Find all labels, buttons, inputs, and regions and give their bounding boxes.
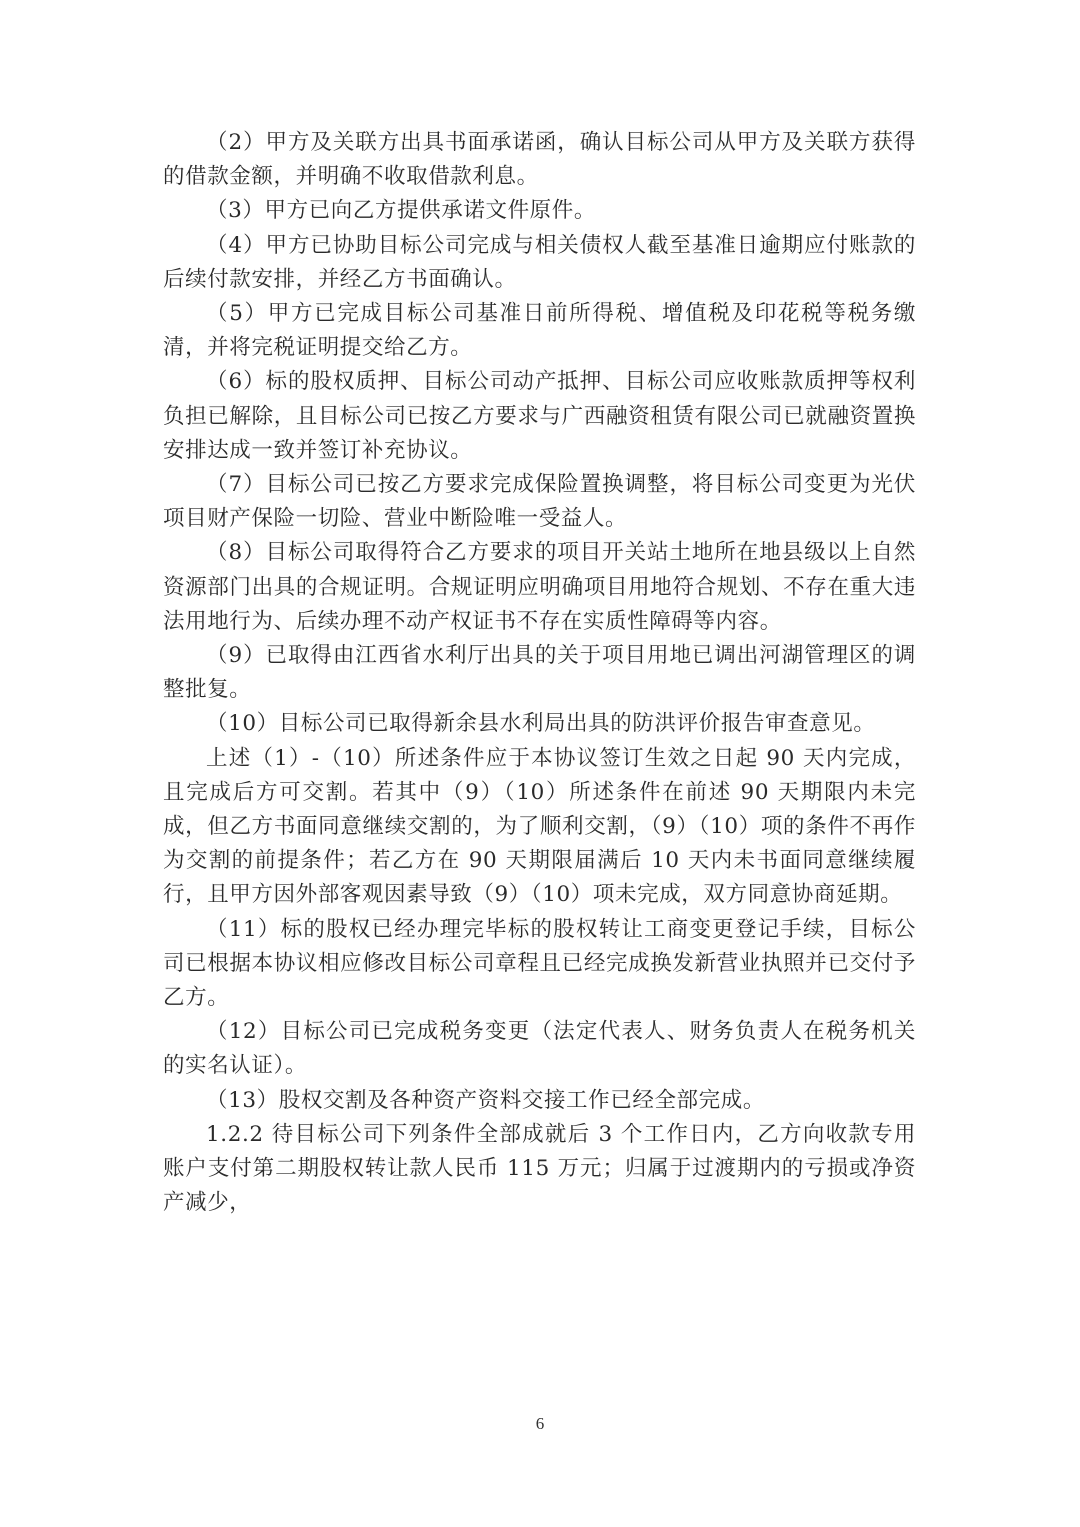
conditions-summary-paragraph: 上述（1）-（10）所述条件应于本协议签订生效之日起 90 天内完成，且完成后方…	[163, 742, 916, 913]
document-page: （2）甲方及关联方出具书面承诺函，确认目标公司从甲方及关联方获得的借款金额，并明…	[0, 0, 1080, 1527]
document-body: （2）甲方及关联方出具书面承诺函，确认目标公司从甲方及关联方获得的借款金额，并明…	[163, 126, 916, 1221]
condition-item-6: （6）标的股权质押、目标公司动产抵押、目标公司应收账款质押等权利负担已解除，且目…	[163, 365, 916, 468]
condition-item-8: （8）目标公司取得符合乙方要求的项目开关站土地所在地县级以上自然资源部门出具的合…	[163, 536, 916, 639]
condition-item-13: （13）股权交割及各种资产资料交接工作已经全部完成。	[163, 1084, 916, 1118]
condition-item-4: （4）甲方已协助目标公司完成与相关债权人截至基准日逾期应付账款的后续付款安排，并…	[163, 229, 916, 297]
condition-item-9: （9）已取得由江西省水利厅出具的关于项目用地已调出河湖管理区的调整批复。	[163, 639, 916, 707]
condition-item-11: （11）标的股权已经办理完毕标的股权转让工商变更登记手续，目标公司已根据本协议相…	[163, 913, 916, 1016]
condition-item-5: （5）甲方已完成目标公司基准日前所得税、增值税及印花税等税务缴清，并将完税证明提…	[163, 297, 916, 365]
condition-item-10: （10）目标公司已取得新余县水利局出具的防洪评价报告审查意见。	[163, 707, 916, 741]
clause-1-2-2: 1.2.2 待目标公司下列条件全部成就后 3 个工作日内，乙方向收款专用账户支付…	[163, 1118, 916, 1221]
condition-item-12: （12）目标公司已完成税务变更（法定代表人、财务负责人在税务机关的实名认证）。	[163, 1015, 916, 1083]
condition-item-2: （2）甲方及关联方出具书面承诺函，确认目标公司从甲方及关联方获得的借款金额，并明…	[163, 126, 916, 194]
page-number: 6	[0, 1414, 1080, 1434]
condition-item-3: （3）甲方已向乙方提供承诺文件原件。	[163, 194, 916, 228]
condition-item-7: （7）目标公司已按乙方要求完成保险置换调整，将目标公司变更为光伏项目财产保险一切…	[163, 468, 916, 536]
